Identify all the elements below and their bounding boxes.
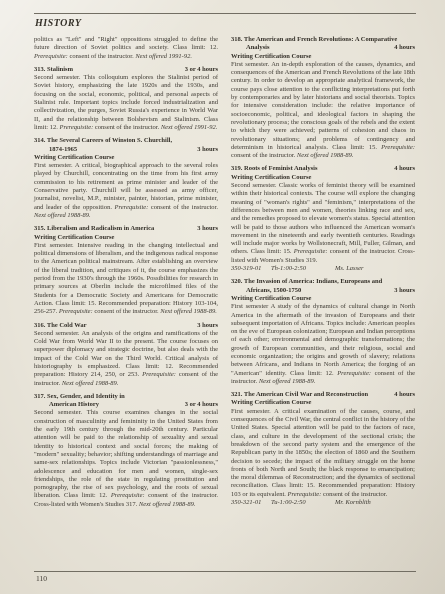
- page-content: HISTORY politics as "Left" and "Right" o…: [34, 13, 416, 509]
- course-heading: 315. Liberalism and Radicalism in Americ…: [34, 225, 218, 233]
- course-description: First semester. Intensive reading in the…: [34, 242, 218, 317]
- course-description: First semester A study of the dynamics o…: [231, 303, 415, 386]
- course-heading: 320. The Invasion of America: Indians, E…: [231, 278, 415, 295]
- course-317: 317. Sex, Gender, and Identity in Americ…: [34, 393, 218, 509]
- course-title-line2: Analysis: [231, 44, 415, 52]
- two-column-layout: politics as "Left" and "Right" oppositio…: [34, 36, 416, 509]
- course-hours: 4 hours: [394, 165, 415, 173]
- course-heading: 314. The Several Careers of Winston S. C…: [34, 137, 218, 154]
- writing-certification-label: Writing Certification Course: [34, 234, 218, 242]
- course-description: Second semester. This course examines ch…: [34, 409, 218, 509]
- catalog-page: HISTORY politics as "Left" and "Right" o…: [0, 0, 445, 594]
- course-description: First semester. A critical examination o…: [231, 408, 415, 499]
- course-number: 314.: [34, 137, 45, 144]
- course-title: The Several Careers of Winston S. Church…: [47, 137, 172, 144]
- course-hours: 3 hours: [197, 146, 218, 154]
- section-time: Th-1:00-2:50: [271, 265, 335, 273]
- course-description: politics as "Left" and "Right" oppositio…: [34, 36, 218, 61]
- course-hours: 3 or 4 hours: [185, 401, 218, 409]
- section-code: 350-321-01: [231, 499, 271, 507]
- course-description: Second semester. An analysis of the orig…: [34, 330, 218, 388]
- course-heading: 321. The American Civil War and Reconstr…: [231, 391, 415, 399]
- course-title: The American Civil War and Reconstructio…: [244, 391, 368, 398]
- course-number: 313.: [34, 66, 45, 73]
- course-title: Stalinism: [47, 66, 73, 73]
- course-number: 320.: [231, 278, 242, 285]
- course-number: 315.: [34, 225, 45, 232]
- course-number: 319.: [231, 165, 242, 172]
- course-number: 316.: [34, 322, 45, 329]
- writing-certification-label: Writing Certification Course: [231, 53, 415, 61]
- page-number: 110: [36, 574, 47, 583]
- course-hours: 3 hours: [197, 225, 218, 233]
- course-description: Second semester. Classic works of femini…: [231, 182, 415, 265]
- course-315: 315. Liberalism and Radicalism in Americ…: [34, 225, 218, 316]
- course-number: 317.: [34, 393, 45, 400]
- writing-certification-label: Writing Certification Course: [231, 295, 415, 303]
- course-320: 320. The Invasion of America: Indians, E…: [231, 278, 415, 386]
- course-hours: 3 hours: [197, 322, 218, 330]
- section-row: 350-319-01 Th-1:00-2:50 Ms. Lasser: [231, 265, 415, 273]
- course-description: First semester. An in-depth exploration …: [231, 61, 415, 161]
- writing-certification-label: Writing Certification Course: [34, 154, 218, 162]
- course-hours: 3 or 4 hours: [185, 66, 218, 74]
- course-321: 321. The American Civil War and Reconstr…: [231, 391, 415, 507]
- course-heading: 318. The American and French Revolutions…: [231, 36, 415, 53]
- course-title: The Cold War: [47, 322, 87, 329]
- course-318: 318. The American and French Revolutions…: [231, 36, 415, 160]
- section-instructor: Ms. Lasser: [335, 265, 364, 273]
- course-heading: 319. Roots of Feminist Analysis 4 hours: [231, 165, 415, 173]
- course-title: Liberalism and Radicalism in America: [47, 225, 154, 232]
- course-title: The American and French Revolutions: A C…: [244, 36, 397, 43]
- course-hours: 4 hours: [394, 391, 415, 399]
- course-319: 319. Roots of Feminist Analysis 4 hours …: [231, 165, 415, 273]
- course-hours: 3 hours: [394, 287, 415, 295]
- course-316: 316. The Cold War 3 hours Second semeste…: [34, 322, 218, 388]
- course-description: First semester. A critical, biographical…: [34, 162, 218, 220]
- course-heading: 316. The Cold War 3 hours: [34, 322, 218, 330]
- course-313: 313. Stalinism 3 or 4 hours Second semes…: [34, 66, 218, 132]
- left-column: politics as "Left" and "Right" oppositio…: [34, 36, 218, 509]
- course-hours: 4 hours: [394, 44, 415, 52]
- course-description: Second semester. This colloquium explore…: [34, 74, 218, 132]
- course-number: 321.: [231, 391, 242, 398]
- section-instructor: Mr. Kornblith: [335, 499, 371, 507]
- course-title: Roots of Feminist Analysis: [244, 165, 318, 172]
- course-314: 314. The Several Careers of Winston S. C…: [34, 137, 218, 220]
- right-column: 318. The American and French Revolutions…: [231, 36, 415, 509]
- section-time: Tu-1:00-2:50: [271, 499, 335, 507]
- course-title-line2: Africans, 1500-1750: [231, 287, 415, 295]
- footer-rule: [34, 571, 416, 572]
- course-heading: 317. Sex, Gender, and Identity in Americ…: [34, 393, 218, 410]
- section-row: 350-321-01 Tu-1:00-2:50 Mr. Kornblith: [231, 499, 415, 507]
- section-code: 350-319-01: [231, 265, 271, 273]
- course-title: Sex, Gender, and Identity in: [47, 393, 125, 400]
- intro-paragraph: politics as "Left" and "Right" oppositio…: [34, 36, 218, 61]
- writing-certification-label: Writing Certification Course: [231, 174, 415, 182]
- course-title: The Invasion of America: Indians, Europe…: [244, 278, 382, 285]
- course-title-line2: 1874-1965: [34, 146, 218, 154]
- course-heading: 313. Stalinism 3 or 4 hours: [34, 66, 218, 74]
- course-number: 318.: [231, 36, 242, 43]
- writing-certification-label: Writing Certification Course: [231, 399, 415, 407]
- page-title: HISTORY: [34, 14, 416, 36]
